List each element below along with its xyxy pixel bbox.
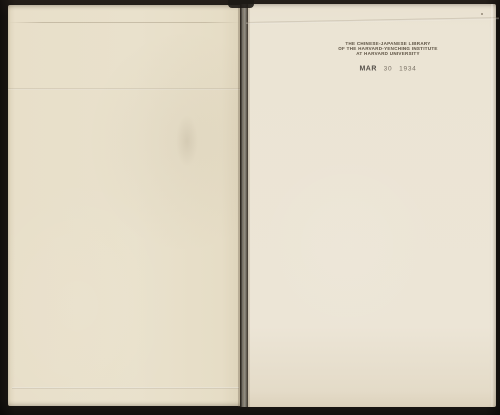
- crease-line-diagonal: [246, 17, 499, 24]
- crease-line-middle: [8, 88, 240, 90]
- gutter-fold-line: [243, 4, 244, 407]
- left-page: [8, 5, 240, 406]
- paper-smudge: [176, 115, 198, 167]
- gutter-top-shadow: [228, 0, 254, 8]
- date-stamp: MAR 30 1934: [333, 64, 443, 73]
- date-stamp-month: MAR: [359, 64, 376, 72]
- book-gutter: [238, 4, 250, 407]
- date-stamp-day: 30: [384, 65, 393, 73]
- page-edge-highlight: [491, 4, 493, 407]
- crease-line-upper: [8, 22, 240, 23]
- right-page: THE CHINESE-JAPANESE LIBRARY OF THE HARV…: [248, 4, 496, 407]
- dust-speck: [481, 13, 483, 15]
- crease-line-bottom: [12, 387, 239, 389]
- date-stamp-year: 1934: [399, 65, 416, 73]
- scanned-book-spread: THE CHINESE-JAPANESE LIBRARY OF THE HARV…: [0, 0, 500, 415]
- library-stamp: THE CHINESE-JAPANESE LIBRARY OF THE HARV…: [333, 41, 443, 56]
- stamp-line-3: AT HARVARD UNIVERSITY: [333, 51, 443, 56]
